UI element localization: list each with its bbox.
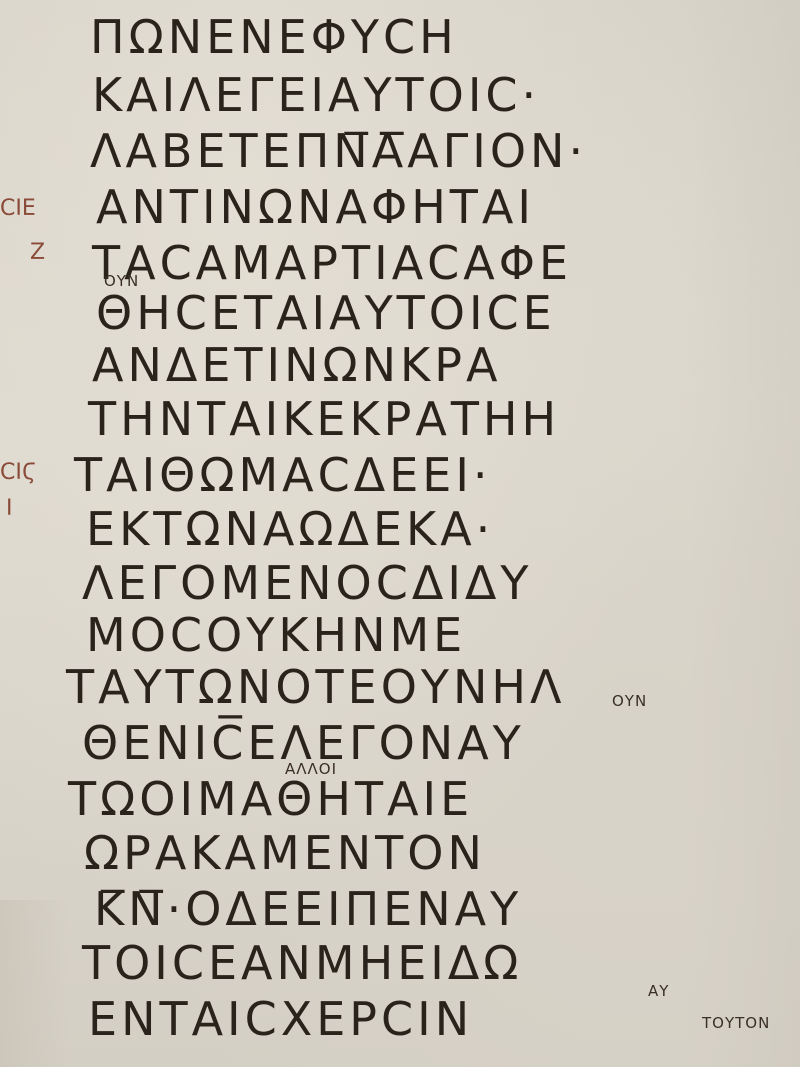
manuscript-line: ΛΑΒΕΤΕΠΝ̅Α̅ΑΓΙΟΝ· [90, 128, 587, 174]
manuscript-line: ΠΩΝΕΝΕΦΥCΗ [90, 14, 458, 60]
manuscript-line: ΤΗΝΤΑΙΚΕΚΡΑΤΗΗ [88, 396, 560, 442]
manuscript-line: ΩΡΑΚΑΜΕΝΤΟΝ [84, 830, 486, 876]
manuscript-line: ΚΑΙΛΕΓΕΙΑΥΤΟΙC· [92, 72, 540, 118]
parchment-edge-shadow [0, 900, 70, 1067]
manuscript-line: ΘΗCΕΤΑΙΑΥΤΟΙCΕ [96, 290, 556, 336]
manuscript-line: Κ̅Ν̅·ΟΔΕΕΙΠΕΝΑΥ [94, 886, 522, 932]
manuscript-line: ΤΑCΑΜΑΡΤΙΑCΑΦΕ [92, 240, 572, 286]
manuscript-line: ΤΑΙΘΩΜΑCΔΕΕΙ· [74, 452, 492, 498]
manuscript-line: ΑΝΤΙΝΩΝΑΦΗΤΑΙ [96, 184, 535, 230]
margin-section-number: Ζ [30, 240, 45, 265]
manuscript-line: ΕΚΤΩΝΑΩΔΕΚΑ· [86, 506, 494, 552]
correction-note: ΟΥΝ [612, 692, 647, 710]
manuscript-page: ΠΩΝΕΝΕΦΥCΗΚΑΙΛΕΓΕΙΑΥΤΟΙC·ΛΑΒΕΤΕΠΝ̅Α̅ΑΓΙΟ… [0, 0, 800, 1067]
margin-section-number: CΙϚ [0, 460, 36, 485]
margin-section-number: CΙΕ [0, 196, 36, 221]
correction-note: ΟΥΝ [104, 272, 139, 290]
manuscript-line: ΤΟΙCΕΑΝΜΗΕΙΔΩ [82, 940, 522, 986]
correction-note: ΑΥ [648, 982, 669, 1000]
manuscript-line: ΤΑΥΤΩΝΟΤΕΟΥΝΗΛ [66, 664, 565, 710]
manuscript-line: ΛΕΓΟΜΕΝΟCΔΙΔΥ [82, 560, 532, 606]
manuscript-line: ΤΩΟΙΜΑΘΗΤΑΙΕ [68, 776, 473, 822]
correction-note: ΤΟΥΤΟΝ [702, 1014, 770, 1032]
manuscript-line: ΑΝΔΕΤΙΝΩΝΚΡΑ [92, 342, 501, 388]
correction-note: ΑΛΛΟΙ [285, 760, 337, 778]
manuscript-line: ΕΝΤΑΙCΧΕΡCΙΝ [88, 996, 473, 1042]
manuscript-line: ΜΟCΟΥΚΗΝΜΕ [86, 612, 466, 658]
column-margin [690, 0, 800, 1067]
margin-section-number: Ι [6, 496, 13, 521]
